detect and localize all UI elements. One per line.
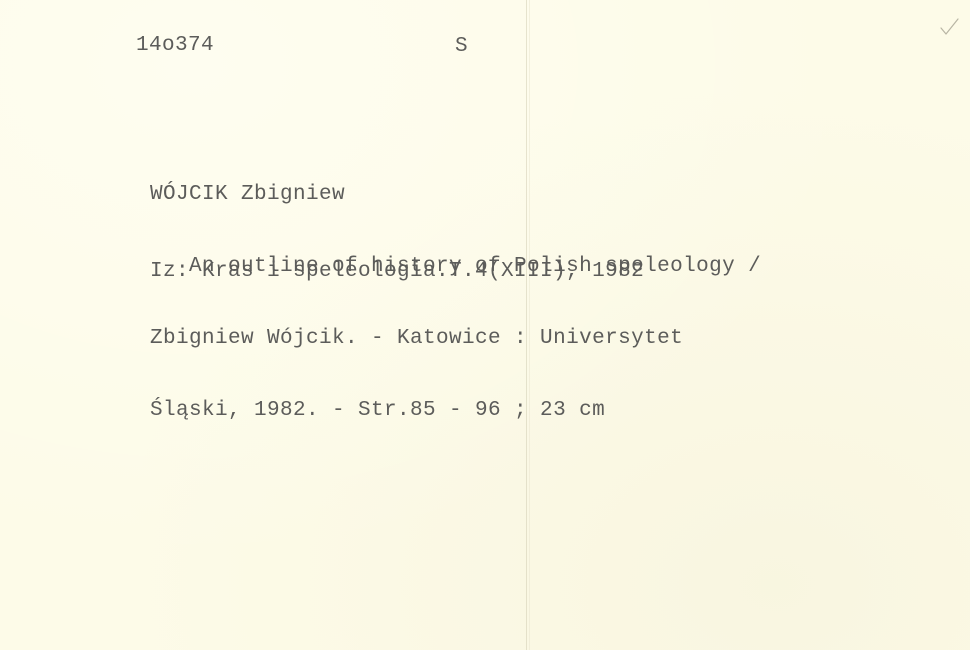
accession-number: 14o374 bbox=[136, 34, 214, 58]
publication-line: Zbigniew Wójcik. - Katowice : Universyte… bbox=[150, 327, 761, 351]
author-heading: WÓJCIK Zbigniew bbox=[150, 183, 761, 207]
extent-line: Śląski, 1982. - Str.85 - 96 ; 23 cm bbox=[150, 399, 761, 423]
catalog-card: 14o374 S WÓJCIK Zbigniew An outline of h… bbox=[0, 0, 970, 650]
checkmark-icon bbox=[938, 16, 960, 38]
source-note: Iz: Kras i speleologia.T.4(XIII), 1982 bbox=[150, 260, 644, 284]
shelf-mark: S bbox=[455, 35, 468, 59]
bibliographic-entry: WÓJCIK Zbigniew An outline of history of… bbox=[150, 135, 761, 471]
